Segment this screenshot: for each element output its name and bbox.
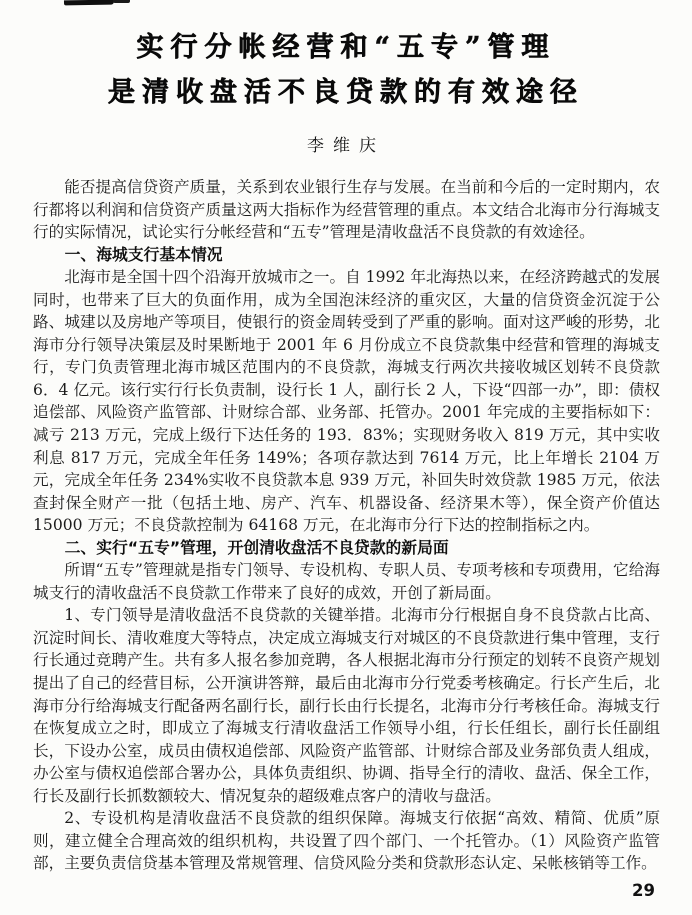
document-body: 能否提高信贷资产质量，关系到农业银行生存与发展。在当前和今后的一定时期内，农行都… [33,176,660,875]
body-paragraph: 北海市是全国十四个沿海开放城市之一。自 1992 年北海热以来，在经济跨越式的发… [33,266,660,537]
article-title-line1: 实行分帐经营和“五专”管理 [0,25,692,70]
body-paragraph: 能否提高信贷资产质量，关系到农业银行生存与发展。在当前和今后的一定时期内，农行都… [33,176,660,244]
section-heading: 一、海城支行基本情况 [33,244,660,267]
article-title: 实行分帐经营和“五专”管理 是清收盘活不良贷款的有效途径 [0,25,692,115]
section-heading: 二、实行“五专”管理，开创清收盘活不良贷款的新局面 [33,537,660,560]
article-title-line2: 是清收盘活不良贷款的有效途径 [0,70,692,115]
body-paragraph: 所谓“五专”管理就是指专门领导、专设机构、专职人员、专项考核和专项费用，它给海城… [33,559,660,604]
body-paragraph: 1、专门领导是清收盘活不良贷款的关键举措。北海市分行根据自身不良贷款占比高、沉淀… [33,604,660,807]
scan-artifact-streak-small [113,0,130,3]
author-name: 李维庆 [0,131,692,156]
page-number: 29 [632,881,655,900]
scanned-document-page: 实行分帐经营和“五专”管理 是清收盘活不良贷款的有效途径 李维庆 能否提高信贷资… [0,0,692,915]
body-paragraph: 2、专设机构是清收盘活不良贷款的组织保障。海城支行依据“高效、精简、优质”原则，… [33,807,660,875]
scan-artifact-streak [64,0,114,5]
